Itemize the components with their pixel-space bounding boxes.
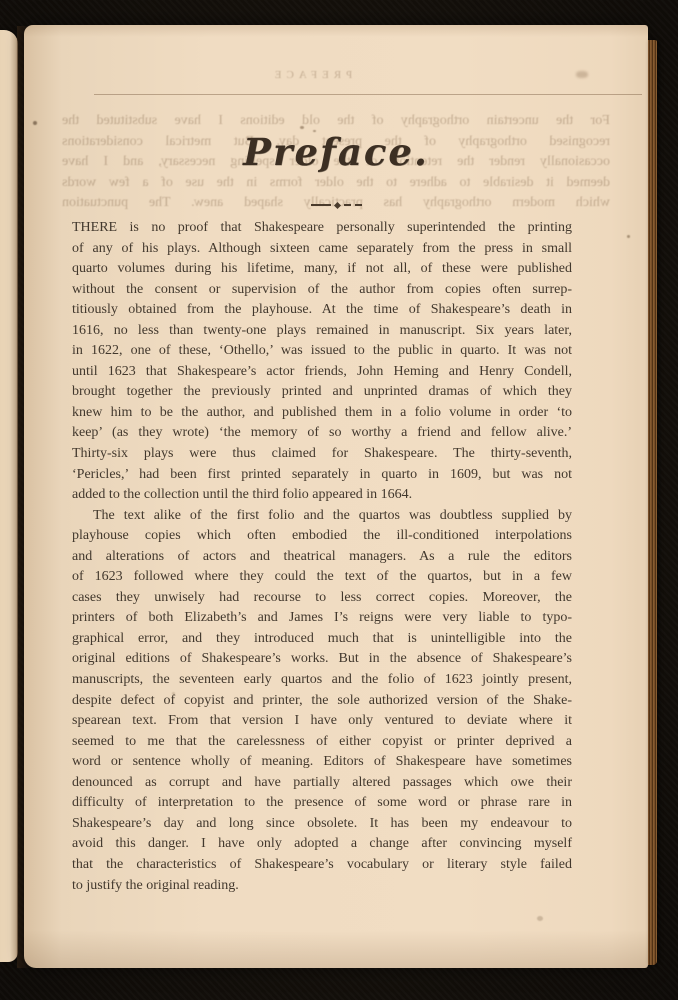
preface-text: THERE is no proof that Shakespeare perso… xyxy=(72,218,572,896)
text-line: brought together the previously printed … xyxy=(72,382,572,403)
text-line: and alterations of actors and theatrical… xyxy=(72,547,572,568)
paragraph: The text alike of the first folio and th… xyxy=(72,506,572,896)
age-spot xyxy=(172,692,175,695)
text-line: difficulty of interpretation to the pres… xyxy=(72,793,572,814)
text-line: added to the collection until the third … xyxy=(72,485,572,506)
text-line: despite defect of copyist and printer, t… xyxy=(72,691,572,712)
text-line: Shakespeare’s day and long since obsolet… xyxy=(72,814,572,835)
text-line: to justify the original reading. xyxy=(72,876,572,897)
show-through-folio-mark xyxy=(576,71,588,78)
text-line: spearean text. From that version I have … xyxy=(72,711,572,732)
divider-dash-short xyxy=(344,204,351,206)
text-line: THERE is no proof that Shakespeare perso… xyxy=(72,218,572,239)
text-line: original editions of Shakespeare’s works… xyxy=(72,649,572,670)
header-rule xyxy=(94,94,642,95)
divider-dash-long xyxy=(311,204,331,206)
text-line: The text alike of the first folio and th… xyxy=(72,506,572,527)
text-line: manuscripts, the seventeen early quartos… xyxy=(72,670,572,691)
text-line: word or sentence wholly of meaning. Edit… xyxy=(72,752,572,773)
age-spot xyxy=(33,121,37,125)
age-spot xyxy=(627,235,630,238)
text-line: knew him to be the author, and published… xyxy=(72,403,572,424)
text-line: seemed to me that the carelessness of ei… xyxy=(72,732,572,753)
text-line: until 1623 that Shakespeare’s actor frie… xyxy=(72,362,572,383)
text-line: playhouse copies which often embodied th… xyxy=(72,526,572,547)
text-line: graphical error, and they introduced muc… xyxy=(72,629,572,650)
page-title: Preface. xyxy=(24,127,648,177)
paragraph: THERE is no proof that Shakespeare perso… xyxy=(72,218,572,506)
text-line: keep’ (as they wrote) ‘the memory of so … xyxy=(72,423,572,444)
text-line: that the characteristics of Shakespeare’… xyxy=(72,855,572,876)
diamond-dash-divider-icon xyxy=(24,201,648,209)
text-line: without the consent or supervision of th… xyxy=(72,280,572,301)
age-spot xyxy=(313,130,316,132)
text-line: quarto volumes during his lifetime, many… xyxy=(72,259,572,280)
text-line: denounced as corrupt and have partially … xyxy=(72,773,572,794)
book-page: PREFACE For the uncertain orthography of… xyxy=(24,25,648,968)
text-line: of any of his plays. Although sixteen ca… xyxy=(72,239,572,260)
age-spot xyxy=(537,916,543,921)
text-line: Thirty-six plays were thus claimed for S… xyxy=(72,444,572,465)
divider-dash-short xyxy=(355,204,362,206)
text-line: ‘Pericles,’ had been first printed separ… xyxy=(72,465,572,486)
divider-diamond xyxy=(333,201,340,208)
facing-page-sliver xyxy=(0,30,18,962)
text-line: in 1622, one of these, ‘Othello,’ was is… xyxy=(72,341,572,362)
text-line: cases they unwisely had recourse to less… xyxy=(72,588,572,609)
text-line: printers of both Elizabeth’s and James I… xyxy=(72,608,572,629)
text-line: avoid this danger. I have only adopted a… xyxy=(72,834,572,855)
text-line: 1616, no less than twenty-one plays rema… xyxy=(72,321,572,342)
text-line: of 1623 followed where they could the te… xyxy=(72,567,572,588)
show-through-running-head: PREFACE xyxy=(24,69,598,81)
book-photo-backdrop: PREFACE For the uncertain orthography of… xyxy=(0,0,678,1000)
page-edge-stack xyxy=(648,40,657,965)
age-spot xyxy=(300,126,304,129)
text-line: titiously obtained from the playhouse. A… xyxy=(72,300,572,321)
